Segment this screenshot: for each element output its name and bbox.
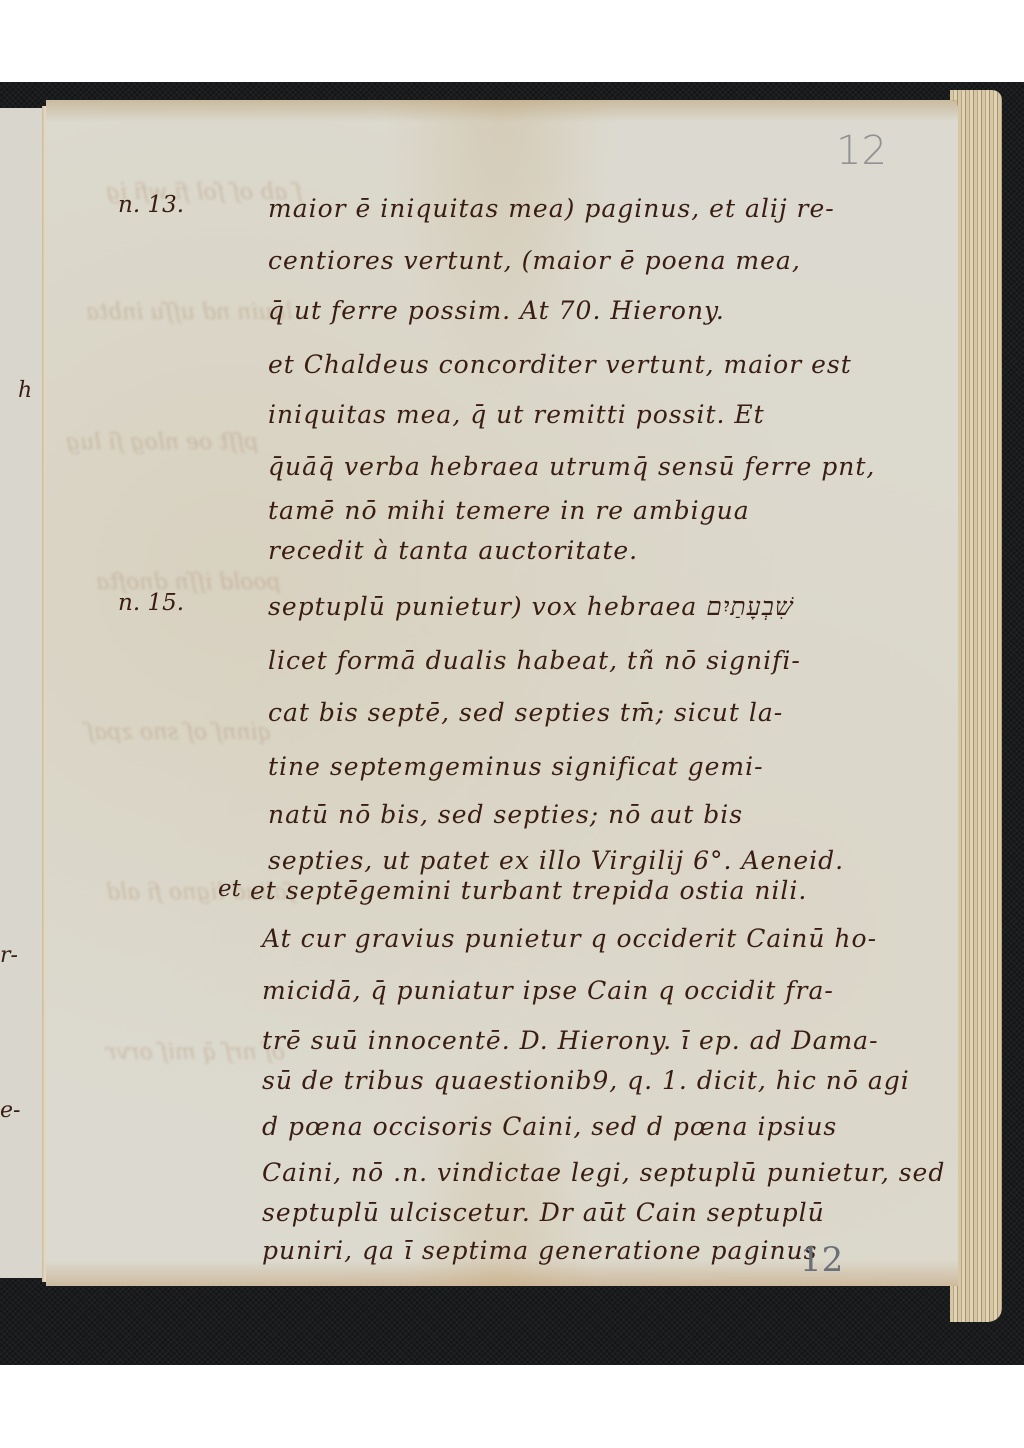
text-line: iniquitas mea, q̄ ut remitti possit. Et: [268, 400, 765, 429]
text-line: septuplū punietur) vox hebraea שִׁבְעָתַ…: [268, 592, 794, 622]
text-line: tine septemgeminus significat gemi-: [268, 752, 764, 781]
text-line: septies, ut patet ex illo Virgilij 6°. A…: [268, 846, 844, 875]
folio-number-pencil: 12: [836, 128, 887, 174]
bleed-through-text: lauin nd uſſu inbta: [86, 300, 293, 325]
text-line: centiores vertunt, (maior ē poena mea,: [268, 246, 801, 275]
text-line: et septēgemini turbant trepida ostia nil…: [250, 876, 807, 905]
bleed-through-text: pſſt oe nlog ſi lug: [66, 430, 258, 455]
text-line: puniri, qa ī septima generatione paginus: [262, 1236, 818, 1265]
text-line: sū de tribus quaestionib9, q. 1. dicit, …: [262, 1066, 910, 1095]
section-marker: n. 13.: [118, 192, 184, 218]
text-line: q̄uāq̄ verba hebraea utrumq̄ sensū ferre…: [268, 452, 875, 481]
text-line: At cur gravius punietur q occiderit Cain…: [262, 924, 877, 953]
text-line: trē suū innocentē. D. Hierony. ī ep. ad …: [262, 1026, 879, 1055]
text-line: Caini, nō .n. vindictae legi, septuplū p…: [262, 1158, 945, 1187]
text-line: natū nō bis, sed septies; nō aut bis: [268, 800, 743, 829]
margin-note: et: [218, 876, 241, 902]
left-page-fragment: e-: [0, 1098, 20, 1123]
text-line: q̄ ut ferre possim. At 70. Hierony.: [268, 296, 725, 325]
section-marker: n. 15.: [118, 590, 184, 616]
text-line: tamē nō mihi temere in re ambigua: [268, 496, 750, 525]
bleed-through-text: qinnſ oſ sno zpaſ: [86, 720, 272, 745]
text-line: d pœna occisoris Caini, sed d pœna ipsiu…: [262, 1112, 837, 1141]
text-line: micidā, q̄ puniatur ipse Cain q occidit …: [262, 976, 834, 1005]
left-page-fragment: r-: [0, 943, 18, 968]
text-line: et Chaldeus concorditer vertunt, maior e…: [268, 350, 852, 379]
left-page-fragment: h: [18, 378, 32, 403]
text-line: cat bis septē, sed septies tm̄; sicut la…: [268, 698, 783, 727]
text-line: septuplū ulciscetur. Dr aūt Cain septupl…: [262, 1198, 825, 1227]
left-page-edge: h r- e-: [0, 108, 46, 1278]
bleed-through-text: oſ nrſ q̄ miſ orvr: [106, 1040, 285, 1065]
text-line: maior ē iniquitas mea) paginus, et alij …: [268, 194, 835, 223]
folio-number-stamp: 12: [800, 1240, 843, 1280]
text-line: licet formā dualis habeat, tñ nō signifi…: [268, 646, 801, 675]
manuscript-page: ſ ab oſ ſol fi wfi ig lauin nd uſſu inbt…: [46, 100, 958, 1286]
text-line: recedit à tanta auctoritate.: [268, 536, 638, 565]
